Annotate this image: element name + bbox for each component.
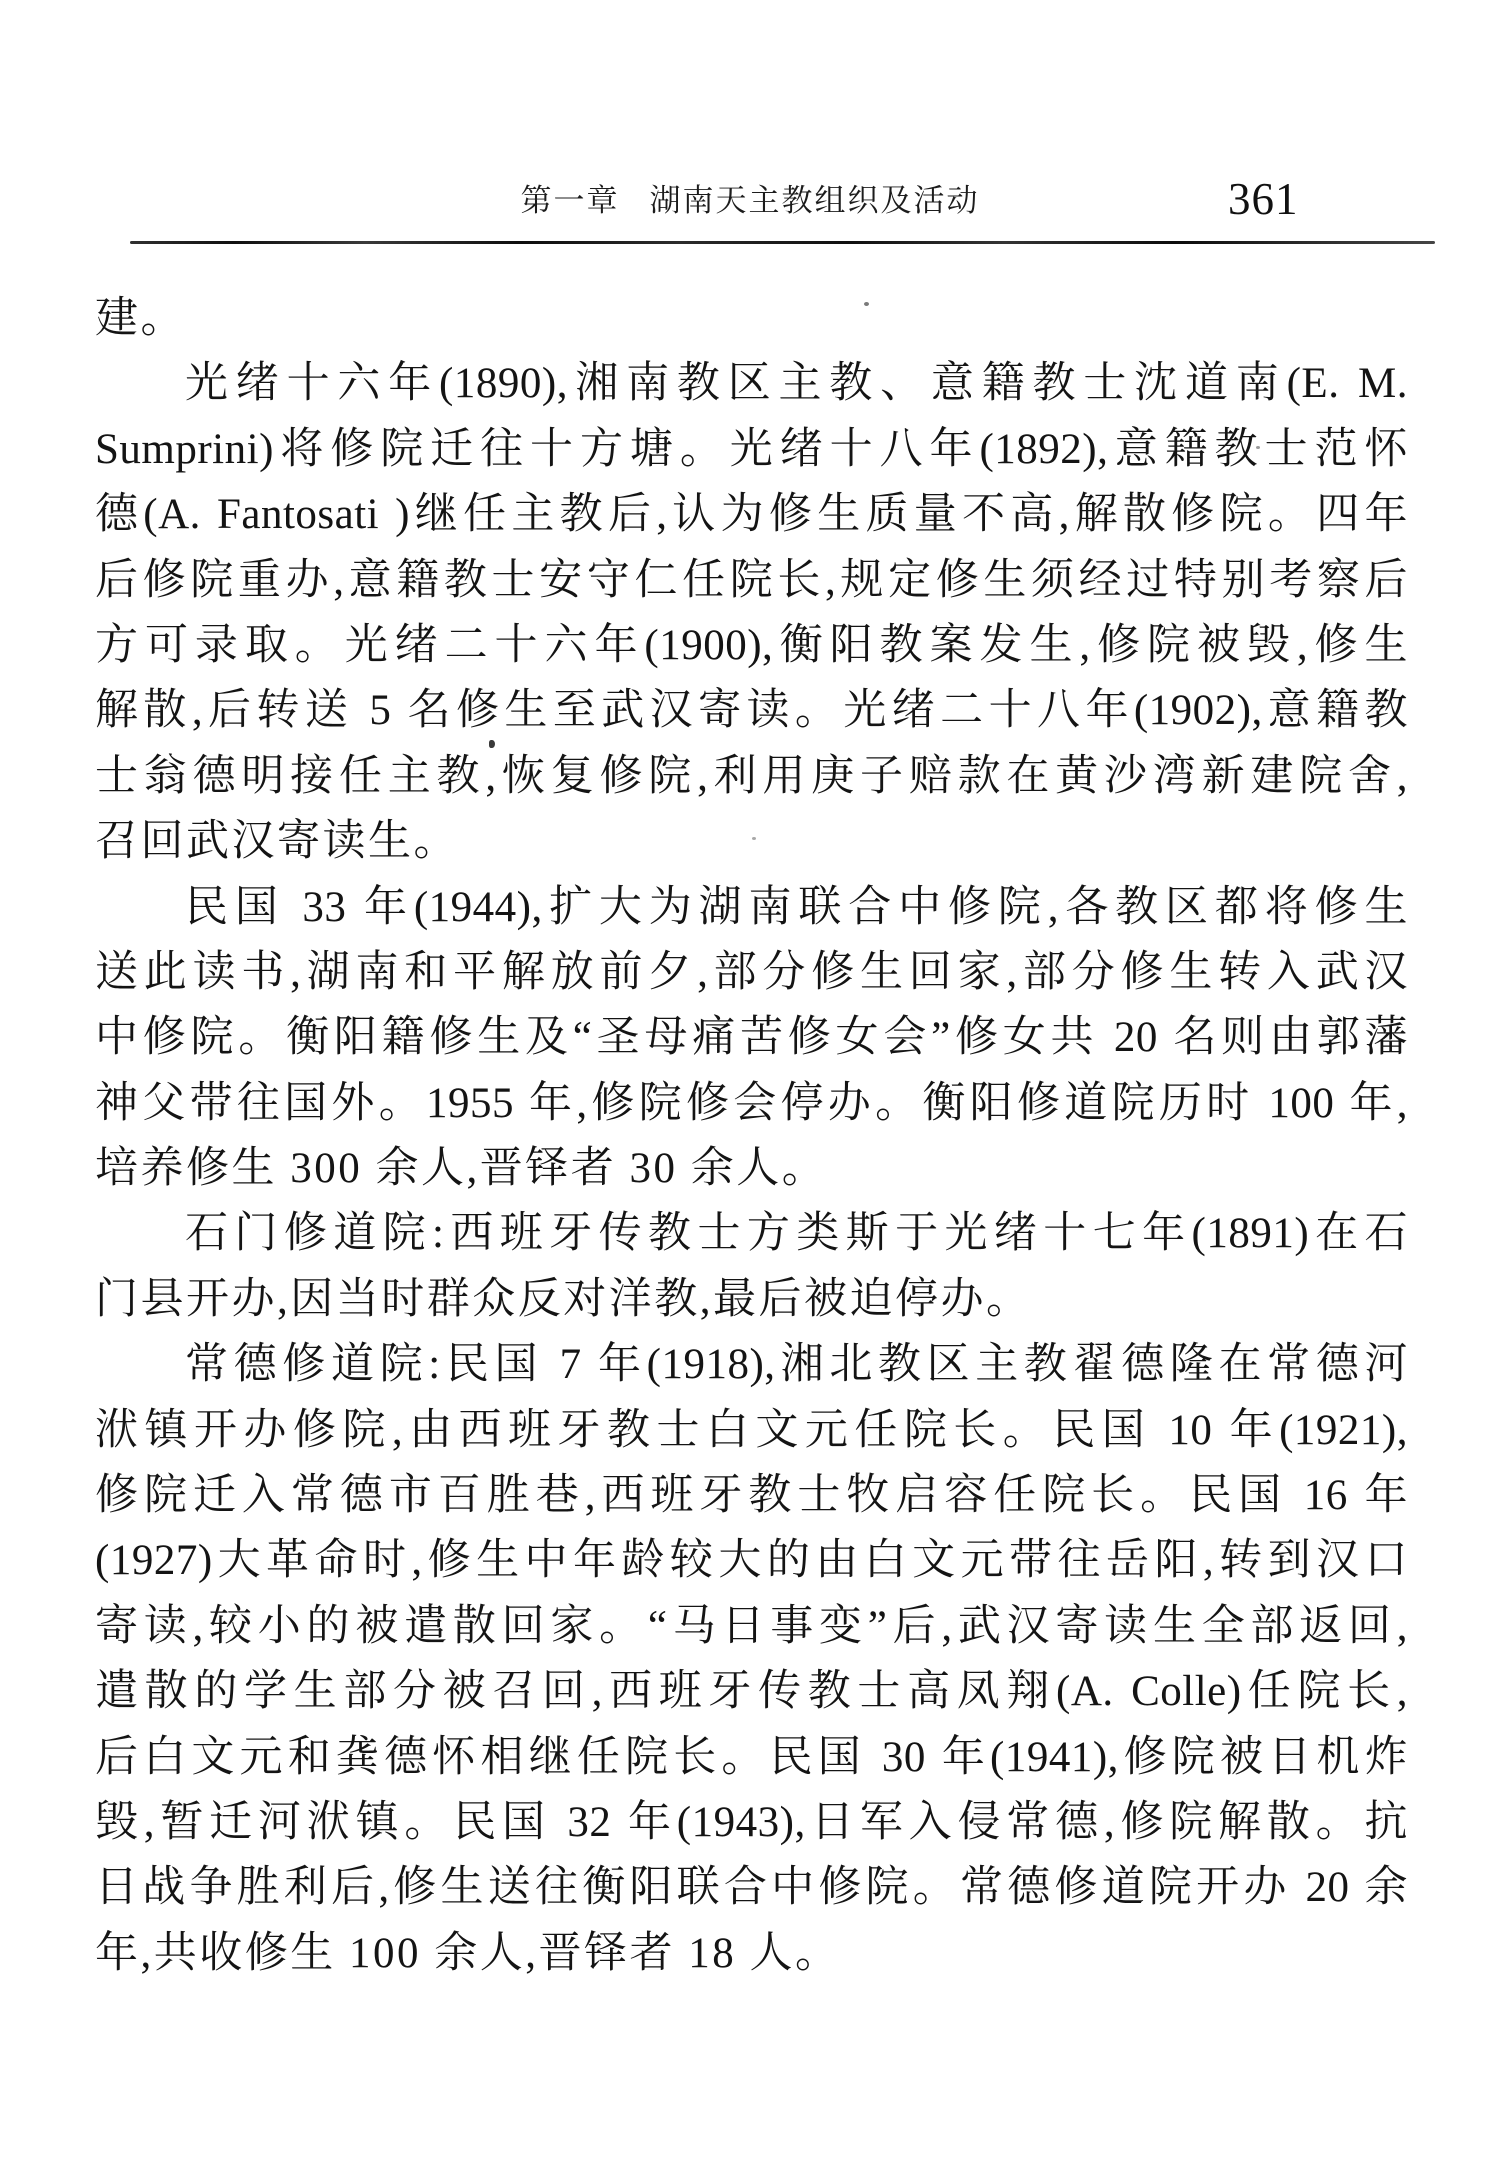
body-text-line: 召回武汉寄读生。	[95, 809, 1408, 874]
body-text-line: 洑镇开办修院,由西班牙教士白文元任院长。民国 10 年(1921),	[95, 1398, 1408, 1463]
body-text-line: 毁,暂迁河洑镇。民国 32 年(1943),日军入侵常德,修院解散。抗	[95, 1790, 1408, 1855]
body-text-line: (1927)大革命时,修生中年龄较大的由白文元带往岳阳,转到汉口	[95, 1528, 1408, 1593]
body-text-line: 民国 33 年(1944),扩大为湖南联合中修院,各教区都将修生	[95, 875, 1408, 940]
body-text-line: 送此读书,湖南和平解放前夕,部分修生回家,部分修生转入武汉	[95, 940, 1408, 1005]
body-text-line: 神父带往国外。1955 年,修院修会停办。衡阳修道院历时 100 年,	[95, 1071, 1408, 1136]
body-text-line: 日战争胜利后,修生送往衡阳联合中修院。常德修道院开办 20 余	[95, 1855, 1408, 1920]
body-text-line: Sumprini)将修院迁往十方塘。光绪十八年(1892),意籍教士范怀	[95, 417, 1408, 482]
scan-artifact-dot	[489, 740, 495, 748]
chapter-title: 湖南天主教组织及活动	[650, 183, 980, 219]
body-text-line: 后白文元和龚德怀相继任院长。民国 30 年(1941),修院被日机炸	[95, 1725, 1408, 1790]
body-text-line: 士翁德明接任主教,恢复修院,利用庚子赔款在黄沙湾新建院舍,	[95, 744, 1408, 809]
scan-artifact-dot	[752, 837, 756, 840]
body-text-line: 后修院重办,意籍教士安守仁任院长,规定修生须经过特别考察后	[95, 548, 1408, 613]
body-text-line: 德(A. Fantosati )继任主教后,认为修生质量不高,解散修院。四年	[95, 482, 1408, 547]
body-text-line: 寄读,较小的被遣散回家。“马日事变”后,武汉寄读生全部返回,	[95, 1594, 1408, 1659]
body-text: 建。 光绪十六年(1890),湘南教区主教、意籍教士沈道南(E. M. Sump…	[95, 286, 1408, 1986]
body-text-line: 培养修生 300 余人,晋铎者 30 余人。	[95, 1136, 1408, 1201]
body-text-line: 修院迁入常德市百胜巷,西班牙教士牧启容任院长。民国 16 年	[95, 1463, 1408, 1528]
body-text-line: 解散,后转送 5 名修生至武汉寄读。光绪二十八年(1902),意籍教	[95, 678, 1408, 743]
body-text-line: 方可录取。光绪二十六年(1900),衡阳教案发生,修院被毁,修生	[95, 613, 1408, 678]
body-text-line: 建。	[95, 286, 1408, 351]
body-text-line: 遣散的学生部分被召回,西班牙传教士高凤翔(A. Colle)任院长,	[95, 1659, 1408, 1724]
page-header: 第一章 湖南天主教组织及活动 361	[0, 0, 1500, 250]
body-text-line: 门县开办,因当时群众反对洋教,最后被迫停办。	[95, 1267, 1408, 1332]
page-number: 361	[1228, 176, 1299, 222]
body-text-line: 常德修道院:民国 7 年(1918),湘北教区主教翟德隆在常德河	[95, 1332, 1408, 1397]
body-text-line: 年,共收修生 100 余人,晋铎者 18 人。	[95, 1921, 1408, 1986]
scan-artifact-dot	[864, 302, 869, 306]
body-text-line: 石门修道院:西班牙传教士方类斯于光绪十七年(1891)在石	[95, 1201, 1408, 1266]
chapter-label: 第一章	[521, 183, 620, 219]
header-divider	[130, 241, 1435, 244]
scan-artifact-dot	[1256, 446, 1260, 449]
body-text-line: 光绪十六年(1890),湘南教区主教、意籍教士沈道南(E. M.	[95, 351, 1408, 416]
body-text-line: 中修院。衡阳籍修生及“圣母痛苦修女会”修女共 20 名则由郭藩	[95, 1005, 1408, 1070]
document-page: 第一章 湖南天主教组织及活动 361 建。 光绪十六年(1890),湘南教区主教…	[0, 0, 1500, 2166]
